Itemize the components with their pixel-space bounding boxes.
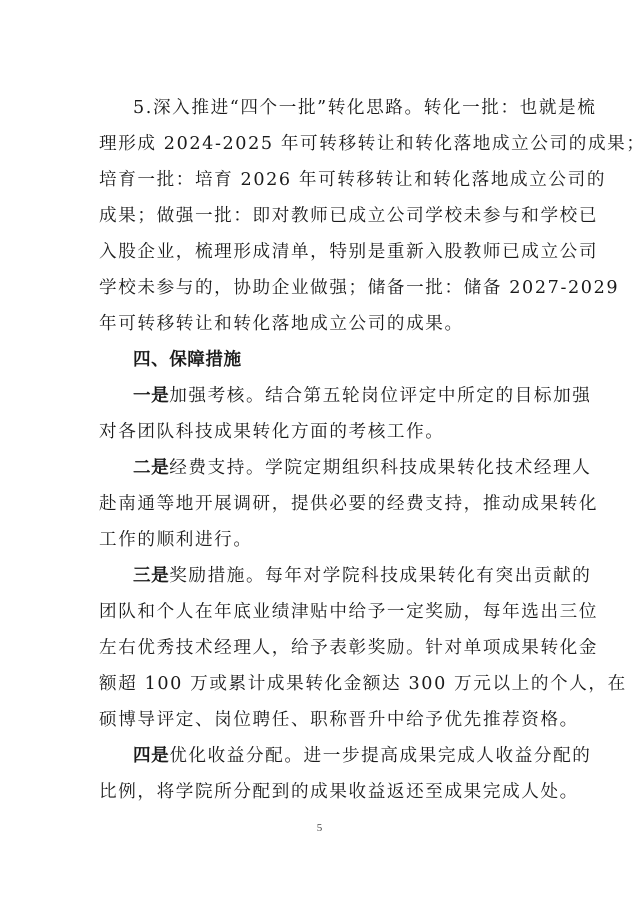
paragraph-5-line-6: 学校未参与的，协助企业做强；储备一批：储备 2027-2029: [99, 273, 549, 303]
measure-3-line-5: 硕博导评定、岗位聘任、职称晋升中给予优先推荐资格。: [99, 705, 549, 735]
paragraph-5-line-7: 年可转移转让和转化落地成立公司的成果。: [99, 309, 549, 339]
measure-1-text: 加强考核。结合第五轮岗位评定中所定的目标加强: [169, 386, 591, 406]
measure-3-line-3: 左右优秀技术经理人，给予表彰奖励。针对单项成果转化金: [99, 633, 549, 663]
measure-1-lead: 一是: [133, 386, 169, 406]
measure-3-line-4: 额超 100 万或累计成果转化金额达 300 万元以上的个人，在: [99, 669, 549, 699]
measure-3-line-2: 团队和个人在年底业绩津贴中给予一定奖励，每年选出三位: [99, 597, 549, 627]
measure-2-line-2: 赴南通等地开展调研，提供必要的经费支持，推动成果转化: [99, 489, 549, 519]
measure-3-line-1: 三是奖励措施。每年对学院科技成果转化有突出贡献的: [133, 561, 549, 591]
paragraph-5-line-4: 成果；做强一批：即对教师已成立公司学校未参与和学校已: [99, 201, 549, 231]
paragraph-5-line-2: 理形成 2024-2025 年可转移转让和转化落地成立公司的成果；: [99, 129, 549, 159]
measure-2-text: 经费支持。学院定期组织科技成果转化技术经理人: [169, 458, 591, 478]
measure-4-line-2: 比例，将学院所分配到的成果收益返还至成果完成人处。: [99, 777, 549, 807]
section-heading: 四、保障措施: [133, 345, 549, 375]
measure-3-lead: 三是: [133, 566, 169, 586]
paragraph-5-line-1: 5.深入推进“四个一批”转化思路。转化一批：也就是梳: [133, 93, 549, 123]
measure-1-line-1: 一是加强考核。结合第五轮岗位评定中所定的目标加强: [133, 381, 549, 411]
measure-3-text: 奖励措施。每年对学院科技成果转化有突出贡献的: [169, 566, 591, 586]
document-page: 5.深入推进“四个一批”转化思路。转化一批：也就是梳 理形成 2024-2025…: [0, 0, 639, 904]
measure-2-lead: 二是: [133, 458, 169, 478]
measure-4-line-1: 四是优化收益分配。进一步提高成果完成人收益分配的: [133, 741, 549, 771]
measure-1-line-2: 对各团队科技成果转化方面的考核工作。: [99, 417, 549, 447]
measure-4-lead: 四是: [133, 746, 169, 766]
measure-2-line-3: 工作的顺利进行。: [99, 525, 549, 555]
paragraph-5-line-3: 培育一批：培育 2026 年可转移转让和转化落地成立公司的: [99, 165, 549, 195]
page-number: 5: [0, 822, 639, 834]
paragraph-5-line-5: 入股企业，梳理形成清单，特别是重新入股教师已成立公司: [99, 237, 549, 267]
measure-4-text: 优化收益分配。进一步提高成果完成人收益分配的: [169, 746, 591, 766]
measure-2-line-1: 二是经费支持。学院定期组织科技成果转化技术经理人: [133, 453, 549, 483]
